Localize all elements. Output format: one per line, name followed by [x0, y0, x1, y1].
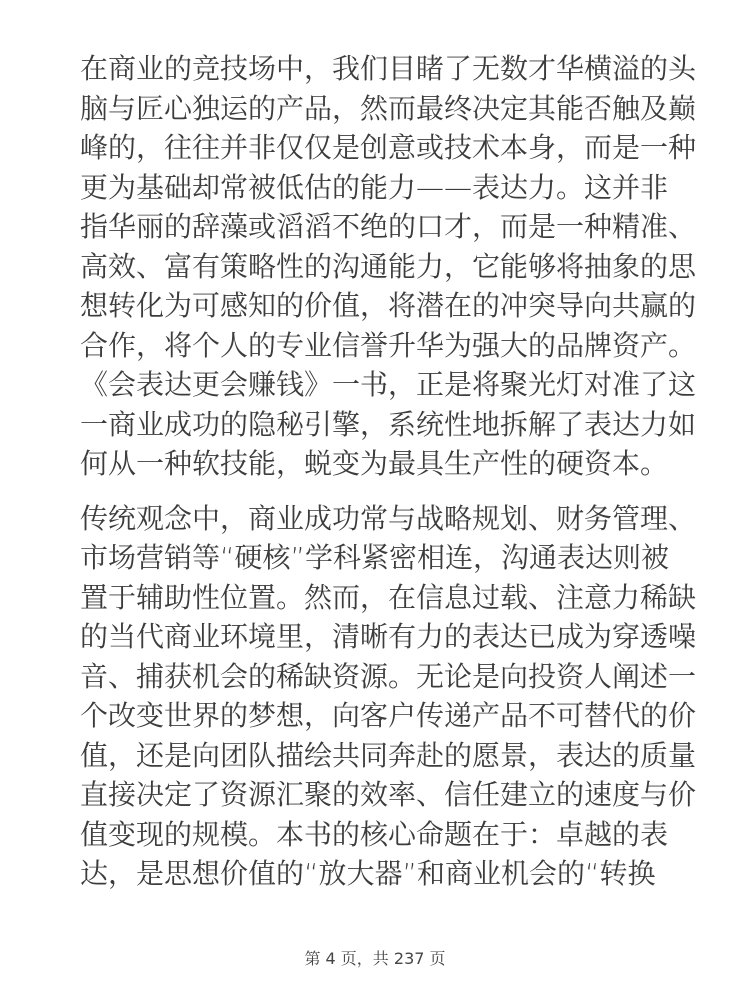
page-indicator: 第 4 页，共 237 页 — [304, 949, 445, 968]
text-line: 音、捕获机会的稀缺资源。无论是向投资人阐述一 — [80, 657, 696, 697]
text-line: 在商业的竞技场中，我们目睹了无数才华横溢的头 — [80, 49, 696, 89]
text-line: 置于辅助性位置。然而，在信息过载、注意力稀缺 — [80, 578, 696, 618]
text-line: 传统观念中，商业成功常与战略规划、财务管理、 — [80, 499, 696, 539]
text-line: 指华丽的辞藻或滔滔不绝的口才，而是一种精准、 — [80, 207, 696, 247]
paragraph: 在商业的竞技场中，我们目睹了无数才华横溢的头脑与匠心独运的产品，然而最终决定其能… — [80, 49, 696, 484]
text-line: 市场营销等“硬核”学科紧密相连，沟通表达则被 — [80, 538, 696, 578]
text-line: 何从一种软技能，蜕变为最具生产性的硬资本。 — [80, 444, 696, 484]
document-content: 在商业的竞技场中，我们目睹了无数才华横溢的头脑与匠心独运的产品，然而最终决定其能… — [80, 49, 696, 909]
page-footer: 第 4 页，共 237 页 — [0, 946, 750, 969]
text-line: 达，是思想价值的“放大器”和商业机会的“转换 — [80, 854, 696, 894]
text-line: 一商业成功的隐秘引擎，系统性地拆解了表达力如 — [80, 405, 696, 445]
text-line: 值变现的规模。本书的核心命题在于：卓越的表 — [80, 815, 696, 855]
text-line: 个改变世界的梦想，向客户传递产品不可替代的价 — [80, 696, 696, 736]
text-line: 想转化为可感知的价值，将潜在的冲突导向共赢的 — [80, 286, 696, 326]
text-line: 峰的，往往并非仅仅是创意或技术本身，而是一种 — [80, 128, 696, 168]
text-line: 合作，将个人的专业信誉升华为强大的品牌资产。 — [80, 326, 696, 366]
text-line: 的当代商业环境里，清晰有力的表达已成为穿透噪 — [80, 617, 696, 657]
text-line: 高效、富有策略性的沟通能力，它能够将抽象的思 — [80, 247, 696, 287]
text-line: 脑与匠心独运的产品，然而最终决定其能否触及巅 — [80, 89, 696, 129]
text-line: 更为基础却常被低估的能力——表达力。这并非 — [80, 168, 696, 208]
text-line: 值，还是向团队描绘共同奔赴的愿景，表达的质量 — [80, 736, 696, 776]
document-page[interactable]: 在商业的竞技场中，我们目睹了无数才华横溢的头脑与匠心独运的产品，然而最终决定其能… — [0, 0, 750, 1000]
text-line: 《会表达更会赚钱》一书，正是将聚光灯对准了这 — [80, 365, 696, 405]
text-line: 直接决定了资源汇聚的效率、信任建立的速度与价 — [80, 775, 696, 815]
paragraph: 传统观念中，商业成功常与战略规划、财务管理、市场营销等“硬核”学科紧密相连，沟通… — [80, 499, 696, 894]
